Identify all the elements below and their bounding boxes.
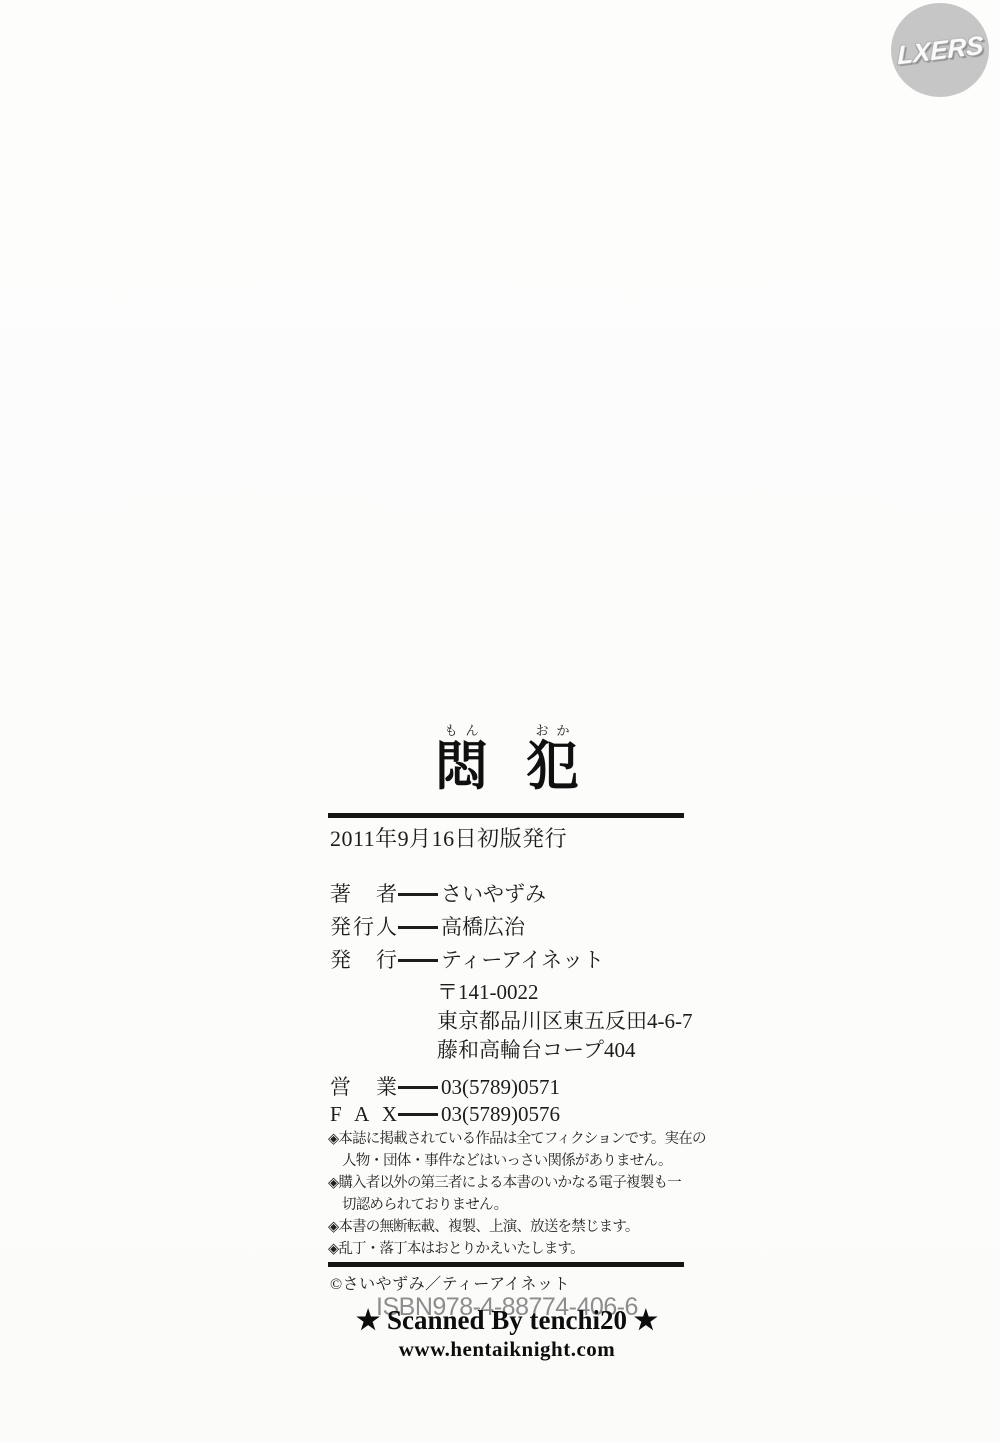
notice-defective-copies: ◈乱丁・落丁本はおとりかえいたします。 bbox=[328, 1238, 700, 1260]
title-char-1: もん 悶 bbox=[435, 722, 488, 794]
address-building: 藤和高輪台コープ404 bbox=[437, 1036, 693, 1065]
author-label: 著 者 bbox=[330, 878, 397, 908]
publisher-company-row: 発 行ティーアイネット bbox=[330, 944, 604, 977]
contact-rows: 営 業03(5789)0571 F A X03(5789)0576 bbox=[330, 1071, 560, 1133]
separator-dash bbox=[398, 893, 438, 896]
fax-label: F A X bbox=[330, 1102, 397, 1127]
title-kanji-2: 犯 bbox=[526, 740, 579, 794]
publisher-address: 〒141-0022 東京都品川区東五反田4-6-7 藤和高輪台コープ404 bbox=[437, 978, 693, 1065]
scanner-website-url: www.hentaiknight.com bbox=[328, 1337, 686, 1362]
title-char-2: おか 犯 bbox=[526, 722, 579, 794]
publisher-person-value: 高橋広治 bbox=[441, 915, 525, 939]
scanned-by-credit: ★ Scanned By tenchi20 ★ bbox=[298, 1305, 716, 1336]
copyright-line: ©さいやずみ／ティーアイネット bbox=[330, 1271, 570, 1294]
scanned-book-colophon-page: LXERS もん 悶 おか 犯 2011年9月16日初版発行 著 者さいやずみ … bbox=[0, 0, 1000, 1443]
author-row: 著 者さいやずみ bbox=[330, 878, 604, 911]
separator-dash bbox=[398, 926, 438, 929]
notice-fiction-2: 人物・団体・事件などはいっさい関係がありません。 bbox=[328, 1150, 700, 1172]
postal-code: 〒141-0022 bbox=[437, 978, 693, 1007]
notice-fiction-1: ◈本誌に掲載されている作品は全てフィクションです。実在の bbox=[328, 1128, 700, 1150]
lxers-watermark-badge: LXERS bbox=[891, 3, 989, 97]
address-street: 東京都品川区東五反田4-6-7 bbox=[437, 1007, 693, 1036]
publisher-company-label: 発 行 bbox=[330, 944, 397, 974]
book-title: もん 悶 おか 犯 bbox=[328, 722, 686, 794]
publisher-company-value: ティーアイネット bbox=[441, 948, 604, 972]
author-value: さいやずみ bbox=[441, 882, 546, 906]
publisher-person-label: 発行人 bbox=[330, 911, 397, 941]
separator-dash bbox=[398, 1113, 438, 1116]
notice-copy-1: ◈購入者以外の第三者による本書のいかなる電子複製も一 bbox=[328, 1172, 700, 1194]
fax-value: 03(5789)0576 bbox=[441, 1102, 560, 1126]
notice-copy-2: 切認められておりません。 bbox=[328, 1194, 700, 1216]
lxers-watermark-logo: LXERS bbox=[897, 29, 984, 71]
sales-phone-value: 03(5789)0571 bbox=[441, 1075, 560, 1099]
notice-reproduction: ◈本書の無断転載、複製、上演、放送を禁じます。 bbox=[328, 1216, 700, 1238]
legal-notices: ◈本誌に掲載されている作品は全てフィクションです。実在の 人物・団体・事件などは… bbox=[328, 1128, 700, 1260]
sales-phone-row: 営 業03(5789)0571 bbox=[330, 1071, 560, 1102]
sales-label: 営 業 bbox=[330, 1071, 397, 1101]
edition-date: 2011年9月16日初版発行 bbox=[330, 822, 567, 853]
title-divider-rule bbox=[328, 813, 684, 818]
bottom-divider-rule bbox=[328, 1262, 684, 1267]
colophon-block: もん 悶 おか 犯 2011年9月16日初版発行 著 者さいやずみ 発行人高橋広… bbox=[328, 0, 686, 1443]
separator-dash bbox=[398, 959, 438, 962]
publisher-person-row: 発行人高橋広治 bbox=[330, 911, 604, 944]
title-kanji-1: 悶 bbox=[435, 740, 488, 794]
separator-dash bbox=[398, 1086, 438, 1089]
publication-info-rows: 著 者さいやずみ 発行人高橋広治 発 行ティーアイネット bbox=[330, 878, 604, 977]
